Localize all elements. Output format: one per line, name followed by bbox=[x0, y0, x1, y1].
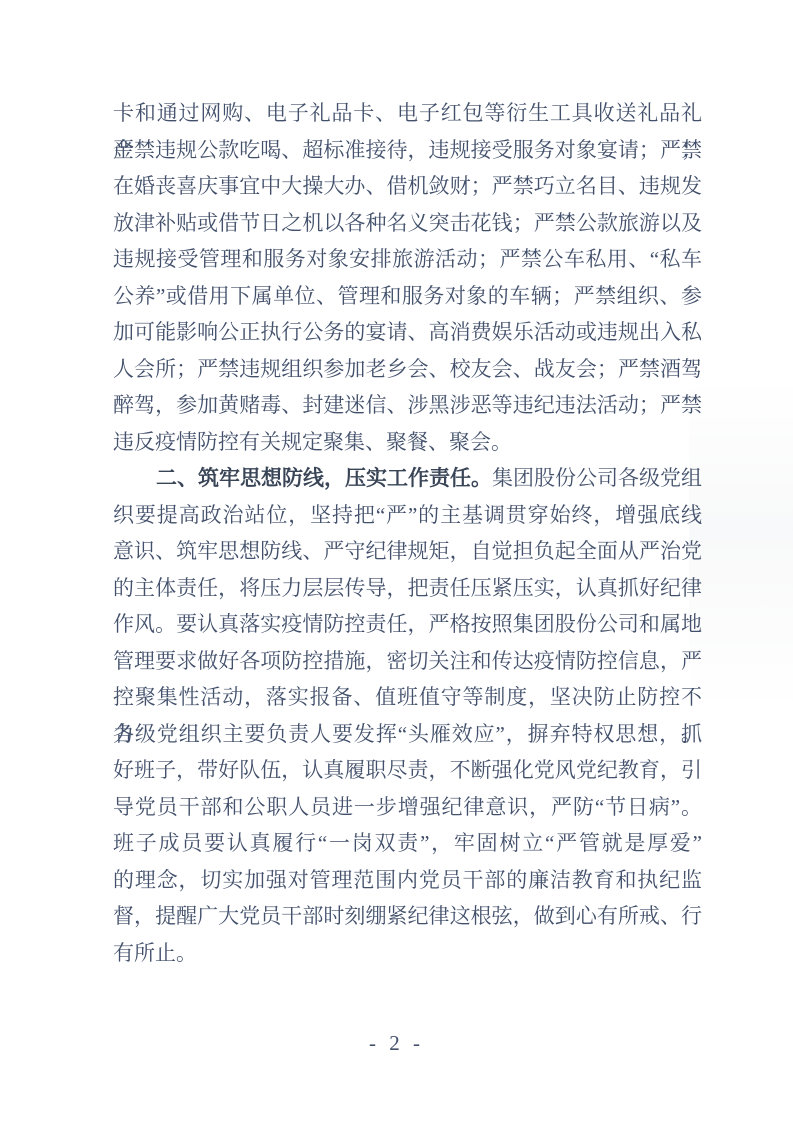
body-text-segment: 违规接受管理和服务对象安排旅游活动；严禁公车私用、“私车 bbox=[113, 247, 702, 271]
text-line: 人会所；严禁违规组织参加老乡会、校友会、战友会；严禁酒驾 bbox=[113, 351, 702, 388]
body-text-segment: 集团股份公司各级党组 bbox=[492, 466, 702, 490]
body-text-segment: 的理念，切实加强对管理范围内党员干部的廉洁教育和执纪监 bbox=[113, 868, 702, 892]
text-line: 作风。要认真落实疫情防控责任，严格按照集团股份公司和属地 bbox=[113, 606, 702, 643]
document-page: 卡和通过网购、电子礼品卡、电子红包等衍生工具收送礼品礼金；严禁违规公款吃喝、超标… bbox=[0, 0, 793, 1122]
body-text-segment: 导党员干部和公职人员进一步增强纪律意识，严防“节日病”。 bbox=[113, 795, 702, 819]
body-text-segment: 的主体责任，将压力层层传导，把责任压紧压实，认真抓好纪律 bbox=[113, 576, 702, 600]
body-text-segment: 有所止。 bbox=[113, 941, 197, 965]
text-line: 违反疫情防控有关规定聚集、聚餐、聚会。 bbox=[113, 424, 702, 461]
text-line: 班子成员要认真履行“一岗双责”，牢固树立“严管就是厚爱” bbox=[113, 825, 702, 862]
text-line: 导党员干部和公职人员进一步增强纪律意识，严防“节日病”。 bbox=[113, 789, 702, 826]
text-line: 公养”或借用下属单位、管理和服务对象的车辆；严禁组织、参 bbox=[113, 278, 702, 315]
body-text-segment: 各级党组织主要负责人要发挥“头雁效应”，摒弃特权思想，抓 bbox=[113, 722, 702, 746]
text-line: 督，提醒广大党员干部时刻绷紧纪律这根弦，做到心有所戒、行 bbox=[113, 898, 702, 935]
text-line: 织要提高政治站位，坚持把“严”的主基调贯穿始终，增强底线 bbox=[113, 497, 702, 534]
body-text-segment: 人会所；严禁违规组织参加老乡会、校友会、战友会；严禁酒驾 bbox=[113, 357, 702, 381]
text-line: 放津补贴或借节日之机以各种名义突击花钱；严禁公款旅游以及 bbox=[113, 205, 702, 242]
body-text-segment: 在婚丧喜庆事宜中大操大办、借机敛财；严禁巧立名目、违规发 bbox=[113, 174, 702, 198]
text-line: 严禁违规公款吃喝、超标准接待，违规接受服务对象宴请；严禁 bbox=[113, 132, 702, 169]
text-line: 醉驾，参加黄赌毒、封建迷信、涉黑涉恶等违纪违法活动；严禁 bbox=[113, 387, 702, 424]
body-text-segment: 加可能影响公正执行公务的宴请、高消费娱乐活动或违规出入私 bbox=[113, 320, 702, 344]
body-text-segment: 织要提高政治站位，坚持把“严”的主基调贯穿始终，增强底线 bbox=[113, 503, 702, 527]
section-heading-segment: 二、筑牢思想防线，压实工作责任。 bbox=[156, 467, 492, 490]
text-line: 加可能影响公正执行公务的宴请、高消费娱乐活动或违规出入私 bbox=[113, 314, 702, 351]
text-line: 二、筑牢思想防线，压实工作责任。集团股份公司各级党组 bbox=[113, 460, 702, 497]
text-line: 管理要求做好各项防控措施，密切关注和传达疫情防控信息，严 bbox=[113, 643, 702, 680]
text-line: 在婚丧喜庆事宜中大操大办、借机敛财；严禁巧立名目、违规发 bbox=[113, 168, 702, 205]
text-block: 卡和通过网购、电子礼品卡、电子红包等衍生工具收送礼品礼金；严禁违规公款吃喝、超标… bbox=[113, 95, 702, 971]
scan-shading-artifact bbox=[689, 380, 793, 710]
body-text-segment: 意识、筑牢思想防线、严守纪律规矩，自觉担负起全面从严治党 bbox=[113, 539, 702, 563]
body-text-segment: 管理要求做好各项防控措施，密切关注和传达疫情防控信息，严 bbox=[113, 649, 702, 673]
page-number: - 2 - bbox=[0, 1031, 793, 1056]
body-text-segment: 违反疫情防控有关规定聚集、聚餐、聚会。 bbox=[113, 430, 512, 454]
body-text-segment: 放津补贴或借节日之机以各种名义突击花钱；严禁公款旅游以及 bbox=[113, 211, 702, 235]
text-line: 有所止。 bbox=[113, 935, 702, 972]
text-line: 各级党组织主要负责人要发挥“头雁效应”，摒弃特权思想，抓 bbox=[113, 716, 702, 753]
body-text-segment: 醉驾，参加黄赌毒、封建迷信、涉黑涉恶等违纪违法活动；严禁 bbox=[113, 393, 702, 417]
body-text-segment: 公养”或借用下属单位、管理和服务对象的车辆；严禁组织、参 bbox=[113, 284, 702, 308]
body-text-segment: 督，提醒广大党员干部时刻绷紧纪律这根弦，做到心有所戒、行 bbox=[113, 904, 702, 928]
text-line: 意识、筑牢思想防线、严守纪律规矩，自觉担负起全面从严治党 bbox=[113, 533, 702, 570]
text-line: 的理念，切实加强对管理范围内党员干部的廉洁教育和执纪监 bbox=[113, 862, 702, 899]
body-text-segment: 严禁违规公款吃喝、超标准接待，违规接受服务对象宴请；严禁 bbox=[113, 138, 702, 162]
text-line: 好班子，带好队伍，认真履职尽责，不断强化党风党纪教育，引 bbox=[113, 752, 702, 789]
text-line: 的主体责任，将压力层层传导，把责任压紧压实，认真抓好纪律 bbox=[113, 570, 702, 607]
body-text-segment: 班子成员要认真履行“一岗双责”，牢固树立“严管就是厚爱” bbox=[113, 831, 702, 855]
text-line: 卡和通过网购、电子礼品卡、电子红包等衍生工具收送礼品礼金； bbox=[113, 95, 702, 132]
body-text-segment: 好班子，带好队伍，认真履职尽责，不断强化党风党纪教育，引 bbox=[113, 758, 702, 782]
body-text-segment: 作风。要认真落实疫情防控责任，严格按照集团股份公司和属地 bbox=[113, 612, 702, 636]
text-line: 控聚集性活动，落实报备、值班值守等制度，坚决防止防控不力。 bbox=[113, 679, 702, 716]
text-line: 违规接受管理和服务对象安排旅游活动；严禁公车私用、“私车 bbox=[113, 241, 702, 278]
